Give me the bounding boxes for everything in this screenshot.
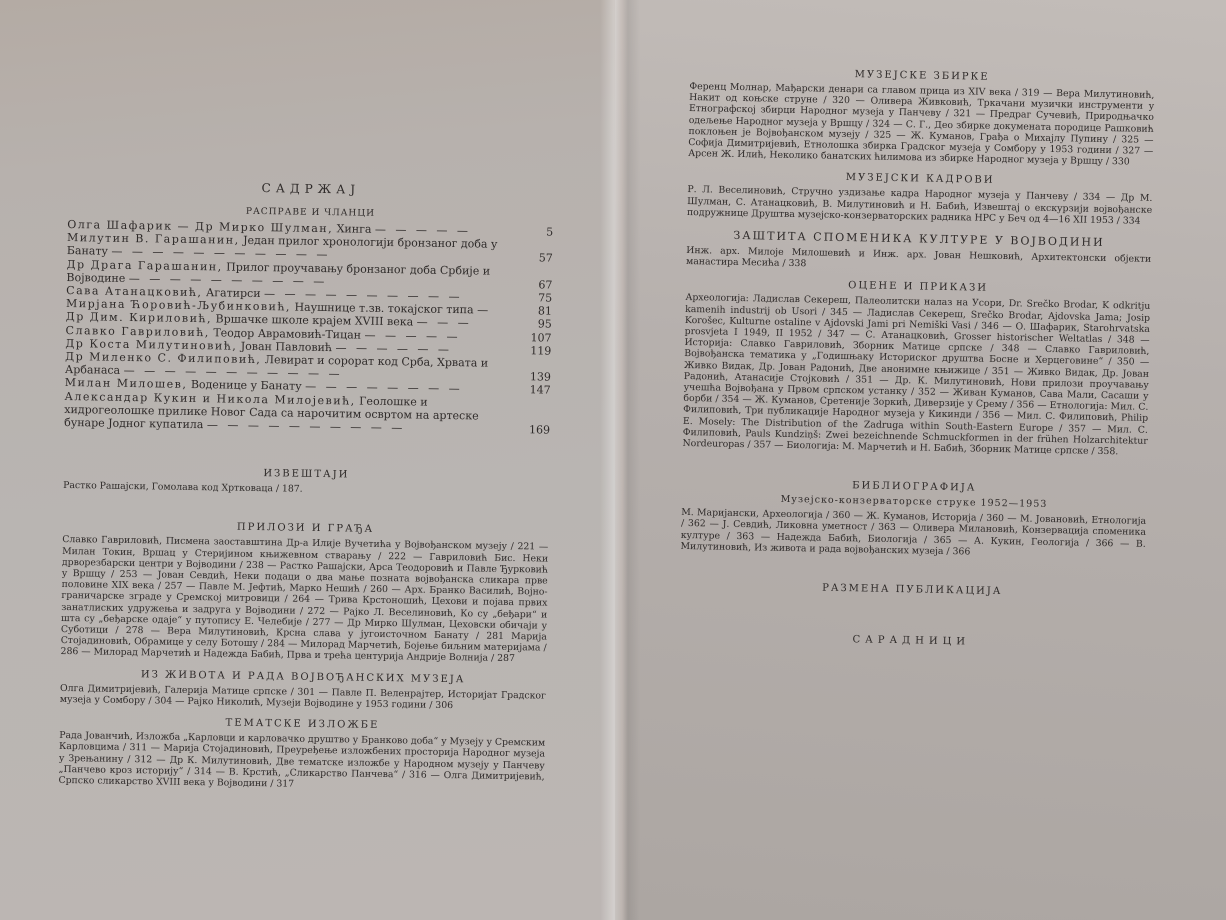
bibliography-text: М. Маријански, Археологија / 360 — Ж. Ку…: [680, 507, 1146, 561]
toc-title: САДРЖАЈ: [68, 178, 554, 200]
page-number: 139: [505, 370, 551, 384]
page-number: 75: [506, 291, 552, 305]
staff-text: Р. Л. Веселиновић, Стручно уздизање кадр…: [687, 184, 1153, 227]
page-number: 107: [505, 331, 551, 345]
page-number: 81: [506, 304, 552, 318]
book-gutter: [600, 0, 640, 920]
table-of-contents: САДРЖАЈ РАСПРАВЕ И ЧЛАНЦИ Олга Шафарик —…: [58, 178, 554, 798]
page-number: 169: [504, 423, 550, 437]
page-number: 147: [505, 383, 551, 397]
left-page: САДРЖАЈ РАСПРАВЕ И ЧЛАНЦИ Олга Шафарик —…: [0, 0, 625, 920]
contributions-text: Славко Гавриловић, Писмена заоставштина …: [60, 534, 548, 665]
page-number: 95: [506, 317, 552, 331]
table-of-contents-continued: МУЗЕЈСКЕ ЗБИРКЕ Ференц Молнар, Мађарски …: [679, 56, 1155, 655]
reviews-text: Археологија: Ладислав Секереш, Палеолитс…: [682, 292, 1150, 458]
exhibitions-text: Рада Јованчић, Изложба „Карловци и карло…: [58, 730, 545, 794]
collections-text: Ференц Молнар, Мађарски денари са главом…: [688, 81, 1154, 168]
page-number: 5: [507, 225, 553, 239]
page-number: 67: [506, 278, 552, 292]
page-number: 57: [507, 251, 553, 265]
museum-life-text: Олга Димитријевић, Галерија Матице српск…: [60, 683, 546, 713]
protection-text: Инж. арх. Милоје Милошевић и Инж. арх. Ј…: [686, 245, 1151, 276]
page-number: 119: [505, 344, 551, 358]
toc-entry: Александар Кукин и Никола Милојевић, Гео…: [64, 390, 551, 437]
